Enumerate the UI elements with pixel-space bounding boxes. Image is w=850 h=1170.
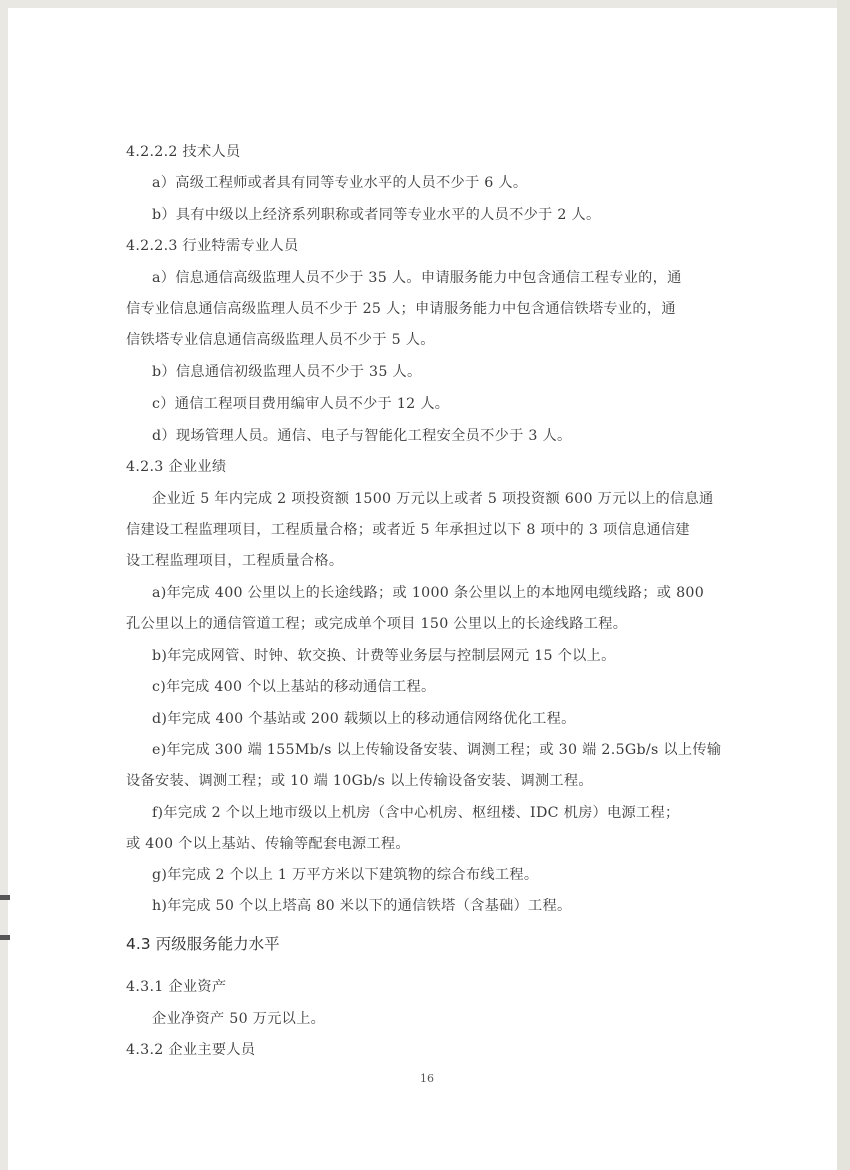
list-item: a）信息通信高级监理人员不少于 35 人。申请服务能力中包含通信工程专业的，通: [152, 268, 682, 288]
section-heading-4-3: 4.3 丙级服务能力水平: [126, 933, 280, 955]
list-item: g)年完成 2 个以上 1 万平方米以下建筑物的综合布线工程。: [152, 865, 538, 885]
list-item: b）具有中级以上经济系列职称或者同等专业水平的人员不少于 2 人。: [152, 205, 600, 225]
page-number: 16: [420, 1072, 434, 1085]
list-item: c）通信工程项目费用编审人员不少于 12 人。: [152, 394, 449, 414]
list-item: d)年完成 400 个基站或 200 载频以上的移动通信网络优化工程。: [152, 709, 576, 729]
list-item-cont: 信专业信息通信高级监理人员不少于 25 人；申请服务能力中包含通信铁塔专业的，通: [126, 299, 676, 319]
scan-mark: [0, 895, 10, 900]
heading-4-2-2-2: 4.2.2.2 技术人员: [126, 142, 241, 162]
heading-4-2-2-3: 4.2.2.3 行业特需专业人员: [126, 236, 298, 256]
list-item: c)年完成 400 个以上基站的移动通信工程。: [152, 677, 435, 697]
list-item: b）信息通信初级监理人员不少于 35 人。: [152, 362, 421, 382]
heading-4-3-2: 4.3.2 企业主要人员: [126, 1040, 255, 1060]
list-item: a）高级工程师或者具有同等专业水平的人员不少于 6 人。: [152, 173, 527, 193]
list-item: e)年完成 300 端 155Mb/s 以上传输设备安装、调测工程；或 30 端…: [152, 740, 721, 760]
paragraph: 企业净资产 50 万元以上。: [152, 1009, 325, 1029]
heading-4-3-1: 4.3.1 企业资产: [126, 977, 226, 997]
list-item-cont: 信铁塔专业信息通信高级监理人员不少于 5 人。: [126, 330, 435, 350]
list-item: d）现场管理人员。通信、电子与智能化工程安全员不少于 3 人。: [152, 426, 572, 446]
list-item: h)年完成 50 个以上塔高 80 米以下的通信铁塔（含基础）工程。: [152, 896, 572, 916]
paragraph-cont: 信建设工程监理项目，工程质量合格；或者近 5 年承担过以下 8 项中的 3 项信…: [126, 520, 690, 540]
scan-edge: [837, 0, 850, 1170]
heading-4-2-3: 4.2.3 企业业绩: [126, 457, 226, 477]
paragraph-cont: 设工程监理项目，工程质量合格。: [126, 551, 343, 571]
paragraph: 企业近 5 年内完成 2 项投资额 1500 万元以上或者 5 项投资额 600…: [152, 489, 714, 509]
list-item: a)年完成 400 公里以上的长途线路；或 1000 条公里以上的本地网电缆线路…: [152, 583, 704, 603]
list-item-cont: 或 400 个以上基站、传输等配套电源工程。: [126, 834, 410, 854]
list-item: f)年完成 2 个以上地市级以上机房（含中心机房、枢纽楼、IDC 机房）电源工程…: [152, 803, 679, 823]
list-item-cont: 设备安装、调测工程；或 10 端 10Gb/s 以上传输设备安装、调测工程。: [126, 771, 593, 791]
list-item-cont: 孔公里以上的通信管道工程；或完成单个项目 150 公里以上的长途线路工程。: [126, 614, 627, 634]
list-item: b)年完成网管、时钟、软交换、计费等业务层与控制层网元 15 个以上。: [152, 646, 616, 666]
scan-mark: [0, 935, 10, 940]
